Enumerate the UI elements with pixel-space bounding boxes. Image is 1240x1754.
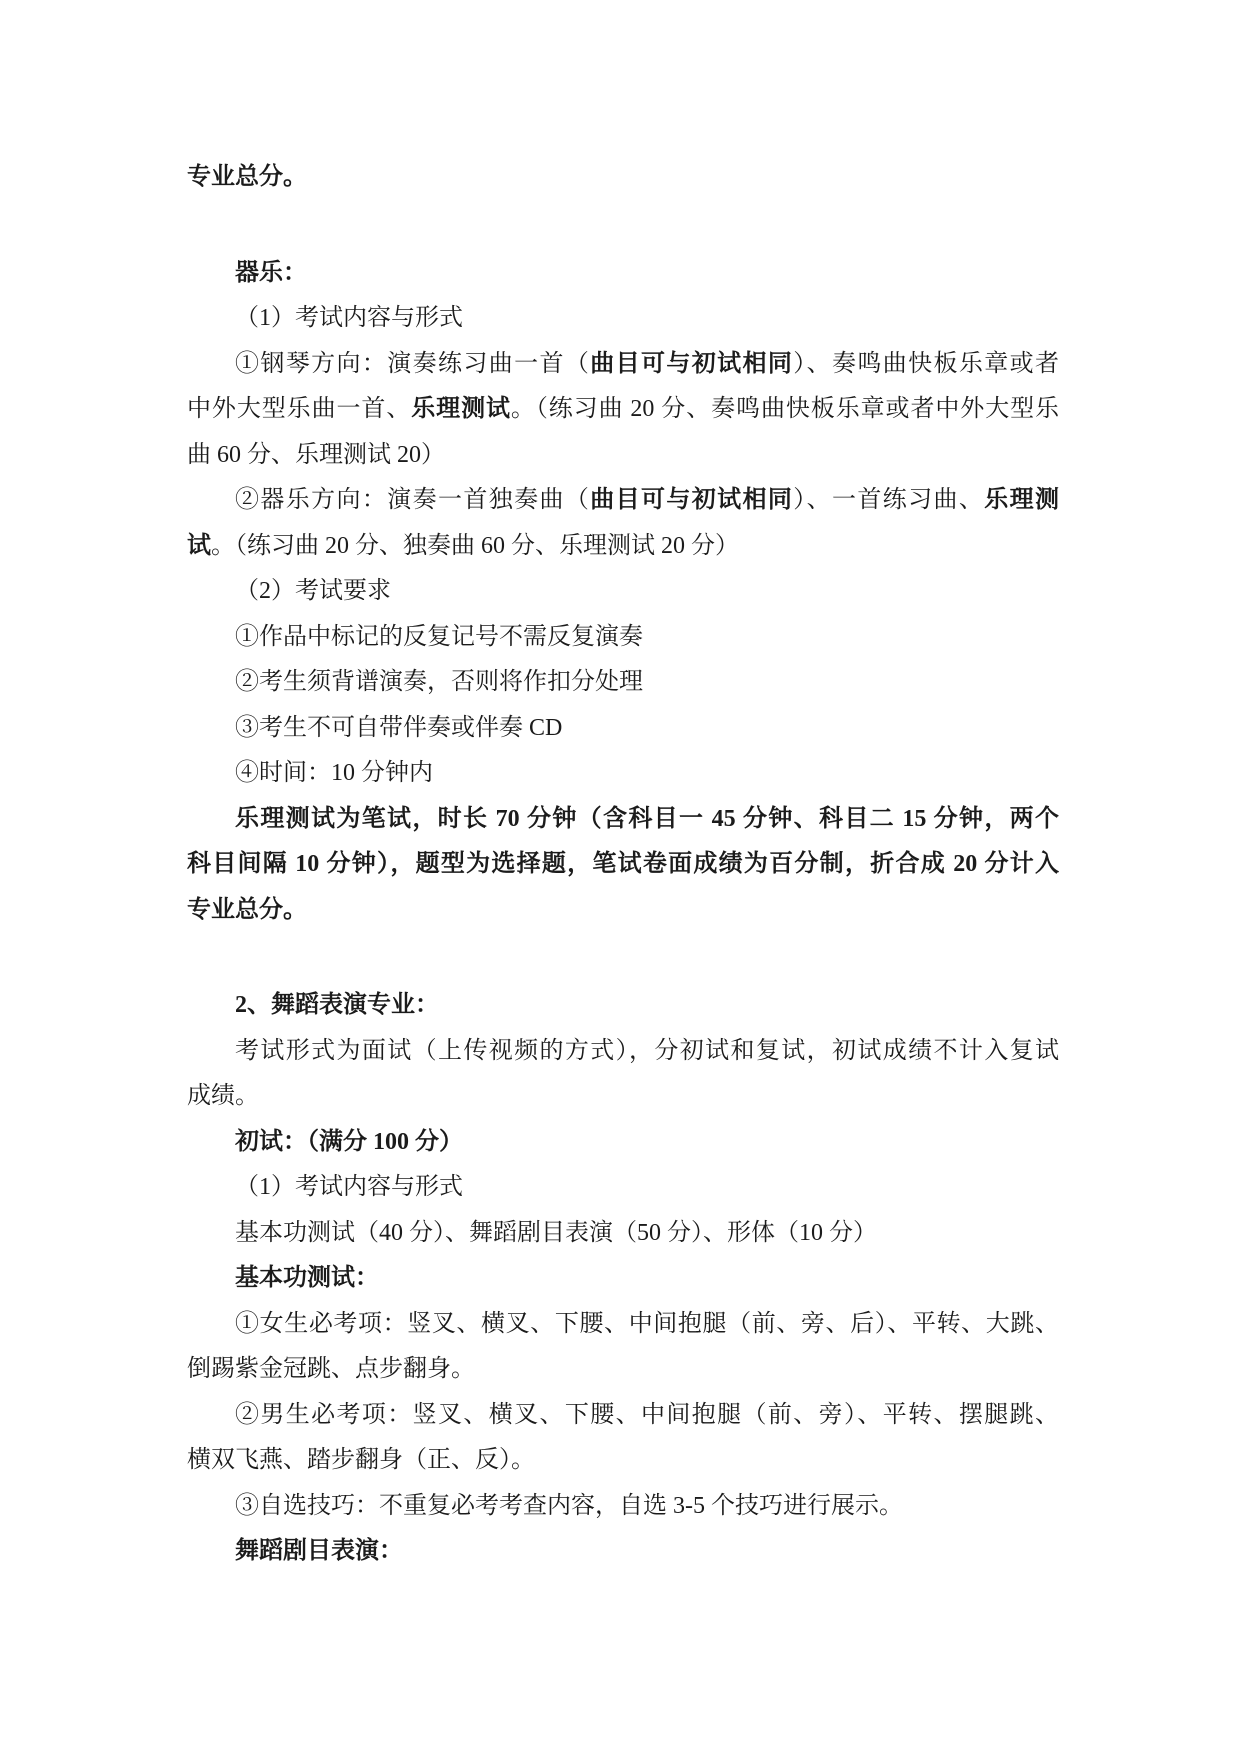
bold-text-run: 初试：（满分 100 分） [235, 1129, 463, 1155]
text-line: 科目间隔 10 分钟），题型为选择题，笔试卷面成绩为百分制，折合成 20 分计入 [187, 842, 1059, 888]
text-run: （1）考试内容与形式 [235, 1174, 463, 1200]
text-run: 考试形式为面试（上传视频的方式），分初试和复试，初试成绩不计入复试 [235, 1038, 1059, 1064]
text-run: ①钢琴方向：演奏练习曲一首（ [235, 351, 590, 377]
text-run: ③考生不可自带伴奏或伴奏 CD [235, 715, 562, 741]
text-line: ①作品中标记的反复记号不需反复演奏 [187, 615, 1059, 661]
paragraph: ②男生必考项：竖叉、横叉、下腰、中间抱腿（前、旁）、平转、摆腿跳、横双飞燕、踏步… [187, 1393, 1059, 1484]
bold-text-run: 器乐： [235, 260, 307, 286]
paragraph: 基本功测试： [187, 1256, 1059, 1302]
text-line: ③考生不可自带伴奏或伴奏 CD [187, 706, 1059, 752]
text-run: ）、一首练习曲、 [793, 487, 984, 513]
text-run: 横双飞燕、踏步翻身（正、反）。 [187, 1447, 535, 1473]
document-page: 专业总分。器乐：（1）考试内容与形式①钢琴方向：演奏练习曲一首（曲目可与初试相同… [0, 0, 1240, 1754]
text-line: 试。（练习曲 20 分、独奏曲 60 分、乐理测试 20 分） [187, 524, 1059, 570]
text-line: 倒踢紫金冠跳、点步翻身。 [187, 1347, 1059, 1393]
text-line: 初试：（满分 100 分） [187, 1120, 1059, 1166]
text-run: ④时间：10 分钟内 [235, 760, 433, 786]
bold-text-run: 试 [187, 533, 211, 559]
text-run: ①作品中标记的反复记号不需反复演奏 [235, 624, 643, 650]
bold-text-run: 专业总分。 [187, 897, 307, 923]
text-run: ②考生须背谱演奏，否则将作扣分处理 [235, 669, 643, 695]
text-run: 成绩。 [187, 1083, 259, 1109]
paragraph: ①钢琴方向：演奏练习曲一首（曲目可与初试相同）、奏鸣曲快板乐章或者中外大型乐曲一… [187, 342, 1059, 479]
paragraph: 基本功测试（40 分）、舞蹈剧目表演（50 分）、形体（10 分） [187, 1211, 1059, 1257]
text-line: 乐理测试为笔试，时长 70 分钟（含科目一 45 分钟、科目二 15 分钟，两个 [187, 797, 1059, 843]
text-run: ②器乐方向：演奏一首独奏曲（ [235, 487, 590, 513]
text-run: 。（练习曲 20 分、独奏曲 60 分、乐理测试 20 分） [211, 533, 739, 559]
text-run: 基本功测试（40 分）、舞蹈剧目表演（50 分）、形体（10 分） [235, 1220, 877, 1246]
paragraph: ①女生必考项：竖叉、横叉、下腰、中间抱腿（前、旁、后）、平转、大跳、倒踢紫金冠跳… [187, 1302, 1059, 1393]
paragraph: ③自选技巧：不重复必考考查内容，自选 3-5 个技巧进行展示。 [187, 1484, 1059, 1530]
paragraph: 乐理测试为笔试，时长 70 分钟（含科目一 45 分钟、科目二 15 分钟，两个… [187, 797, 1059, 934]
bold-text-run: 舞蹈剧目表演： [235, 1538, 403, 1564]
bold-text-run: 专业总分。 [187, 164, 307, 190]
text-line: ②器乐方向：演奏一首独奏曲（曲目可与初试相同）、一首练习曲、乐理测 [187, 478, 1059, 524]
paragraph: ①作品中标记的反复记号不需反复演奏 [187, 615, 1059, 661]
text-line: 曲 60 分、乐理测试 20） [187, 433, 1059, 479]
text-line: 专业总分。 [187, 155, 1059, 201]
bold-text-run: 曲目可与初试相同 [590, 351, 793, 377]
paragraph: 2、舞蹈表演专业： [187, 983, 1059, 1029]
text-line: （1）考试内容与形式 [187, 1165, 1059, 1211]
text-line: 2、舞蹈表演专业： [187, 983, 1059, 1029]
text-line: 基本功测试： [187, 1256, 1059, 1302]
text-run: ③自选技巧：不重复必考考查内容，自选 3-5 个技巧进行展示。 [235, 1493, 903, 1519]
bold-text-run: 科目间隔 10 分钟），题型为选择题，笔试卷面成绩为百分制，折合成 20 分计入 [187, 851, 1059, 877]
bold-text-run: 乐理测 [984, 487, 1059, 513]
paragraph: ②考生须背谱演奏，否则将作扣分处理 [187, 660, 1059, 706]
text-line: 专业总分。 [187, 888, 1059, 934]
text-line: 成绩。 [187, 1074, 1059, 1120]
text-line: 器乐： [187, 251, 1059, 297]
paragraph: 器乐： [187, 251, 1059, 297]
paragraph: 初试：（满分 100 分） [187, 1120, 1059, 1166]
text-line: （1）考试内容与形式 [187, 296, 1059, 342]
text-line: ②男生必考项：竖叉、横叉、下腰、中间抱腿（前、旁）、平转、摆腿跳、 [187, 1393, 1059, 1439]
text-line: ②考生须背谱演奏，否则将作扣分处理 [187, 660, 1059, 706]
text-run: ①女生必考项：竖叉、横叉、下腰、中间抱腿（前、旁、后）、平转、大跳、 [235, 1311, 1059, 1337]
text-line: ④时间：10 分钟内 [187, 751, 1059, 797]
paragraph: 考试形式为面试（上传视频的方式），分初试和复试，初试成绩不计入复试成绩。 [187, 1029, 1059, 1120]
bold-text-run: 乐理测试为笔试，时长 70 分钟（含科目一 45 分钟、科目二 15 分钟，两个 [235, 806, 1059, 832]
text-run: （2）考试要求 [235, 578, 391, 604]
text-line: ③自选技巧：不重复必考考查内容，自选 3-5 个技巧进行展示。 [187, 1484, 1059, 1530]
text-line: ①钢琴方向：演奏练习曲一首（曲目可与初试相同）、奏鸣曲快板乐章或者 [187, 342, 1059, 388]
paragraph: ②器乐方向：演奏一首独奏曲（曲目可与初试相同）、一首练习曲、乐理测试。（练习曲 … [187, 478, 1059, 569]
text-run: ②男生必考项：竖叉、横叉、下腰、中间抱腿（前、旁）、平转、摆腿跳、 [235, 1402, 1059, 1428]
paragraph: （2）考试要求 [187, 569, 1059, 615]
text-line: ①女生必考项：竖叉、横叉、下腰、中间抱腿（前、旁、后）、平转、大跳、 [187, 1302, 1059, 1348]
text-line: （2）考试要求 [187, 569, 1059, 615]
paragraph: （1）考试内容与形式 [187, 296, 1059, 342]
text-run: 曲 60 分、乐理测试 20） [187, 442, 445, 468]
paragraph: （1）考试内容与形式 [187, 1165, 1059, 1211]
paragraph: 舞蹈剧目表演： [187, 1529, 1059, 1575]
text-run: 中外大型乐曲一首、 [187, 396, 411, 422]
text-run: 。（练习曲 20 分、奏鸣曲快板乐章或者中外大型乐 [511, 396, 1059, 422]
paragraph: ④时间：10 分钟内 [187, 751, 1059, 797]
bold-text-run: 基本功测试： [235, 1265, 379, 1291]
text-run: ）、奏鸣曲快板乐章或者 [793, 351, 1059, 377]
paragraph: 专业总分。 [187, 155, 1059, 201]
bold-text-run: 乐理测试 [411, 396, 511, 422]
text-line: 考试形式为面试（上传视频的方式），分初试和复试，初试成绩不计入复试 [187, 1029, 1059, 1075]
paragraph: ③考生不可自带伴奏或伴奏 CD [187, 706, 1059, 752]
text-line: 舞蹈剧目表演： [187, 1529, 1059, 1575]
text-run: （1）考试内容与形式 [235, 305, 463, 331]
text-line: 横双飞燕、踏步翻身（正、反）。 [187, 1438, 1059, 1484]
text-line: 基本功测试（40 分）、舞蹈剧目表演（50 分）、形体（10 分） [187, 1211, 1059, 1257]
bold-text-run: 曲目可与初试相同 [590, 487, 793, 513]
bold-text-run: 2、舞蹈表演专业： [235, 992, 439, 1018]
document-body: 专业总分。器乐：（1）考试内容与形式①钢琴方向：演奏练习曲一首（曲目可与初试相同… [187, 155, 1059, 1575]
text-line: 中外大型乐曲一首、乐理测试。（练习曲 20 分、奏鸣曲快板乐章或者中外大型乐 [187, 387, 1059, 433]
text-run: 倒踢紫金冠跳、点步翻身。 [187, 1356, 475, 1382]
